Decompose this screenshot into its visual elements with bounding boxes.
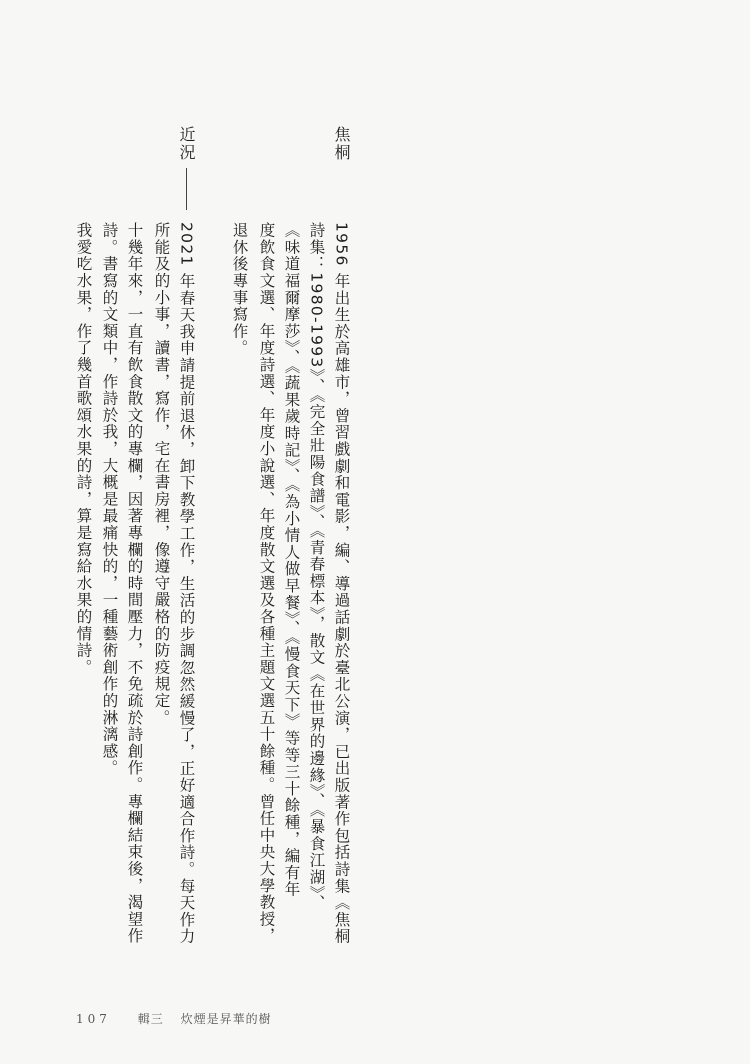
page-number: 107: [76, 1012, 111, 1026]
recent-status-heading: 近況: [178, 126, 194, 162]
text-column: 詩。書寫的文類中，作詩於我，大概是最痛快的，一種藝術創作的淋漓感。: [101, 222, 117, 776]
heading-dash-divider: [186, 168, 187, 210]
section-label: 輯三: [138, 1012, 164, 1026]
author-name-heading: 焦桐: [333, 126, 349, 162]
text-column: 退休後專事寫作。: [231, 222, 247, 356]
text-column: 度飲食文選、年度詩選、年度小說選、年度散文選及各種主題文選五十餘種。曾任中央大學…: [258, 222, 274, 944]
text-column: 詩集：1980-1993》、《完全壯陽食譜》、《青春標本》，散文《在世界的邊緣》…: [308, 222, 324, 911]
text-column: 2021 年春天我申請提前退休，卸下教學工作，生活的步調忽然緩慢了，正好適合作詩…: [178, 222, 194, 945]
chapter-title: 炊煙是昇華的樹: [181, 1012, 272, 1026]
text-column: 我愛吃水果，作了幾首歌頌水果的詩，算是寫給水果的情詩。: [75, 222, 91, 676]
text-column: 所能及的小事，讀書，寫作，宅在書房裡，像遵守嚴格的防疫規定。: [153, 222, 169, 726]
text-column: 《味道福爾摩莎》、《蔬果歲時記》、《為小情人做早餐》、《慢食天下》等等三十餘種，…: [283, 222, 299, 898]
page-footer: 107 輯三 炊煙是昇華的樹: [76, 1010, 272, 1027]
text-column: 十幾年來，一直有飲食散文的專欄，因著專欄的時間壓力，不免疏於詩創作。專欄結束後，…: [126, 222, 142, 944]
text-column: 1956 年出生於高雄市，曾習戲劇和電影，編、導過話劇於臺北公演，已出版著作包括…: [333, 222, 349, 945]
